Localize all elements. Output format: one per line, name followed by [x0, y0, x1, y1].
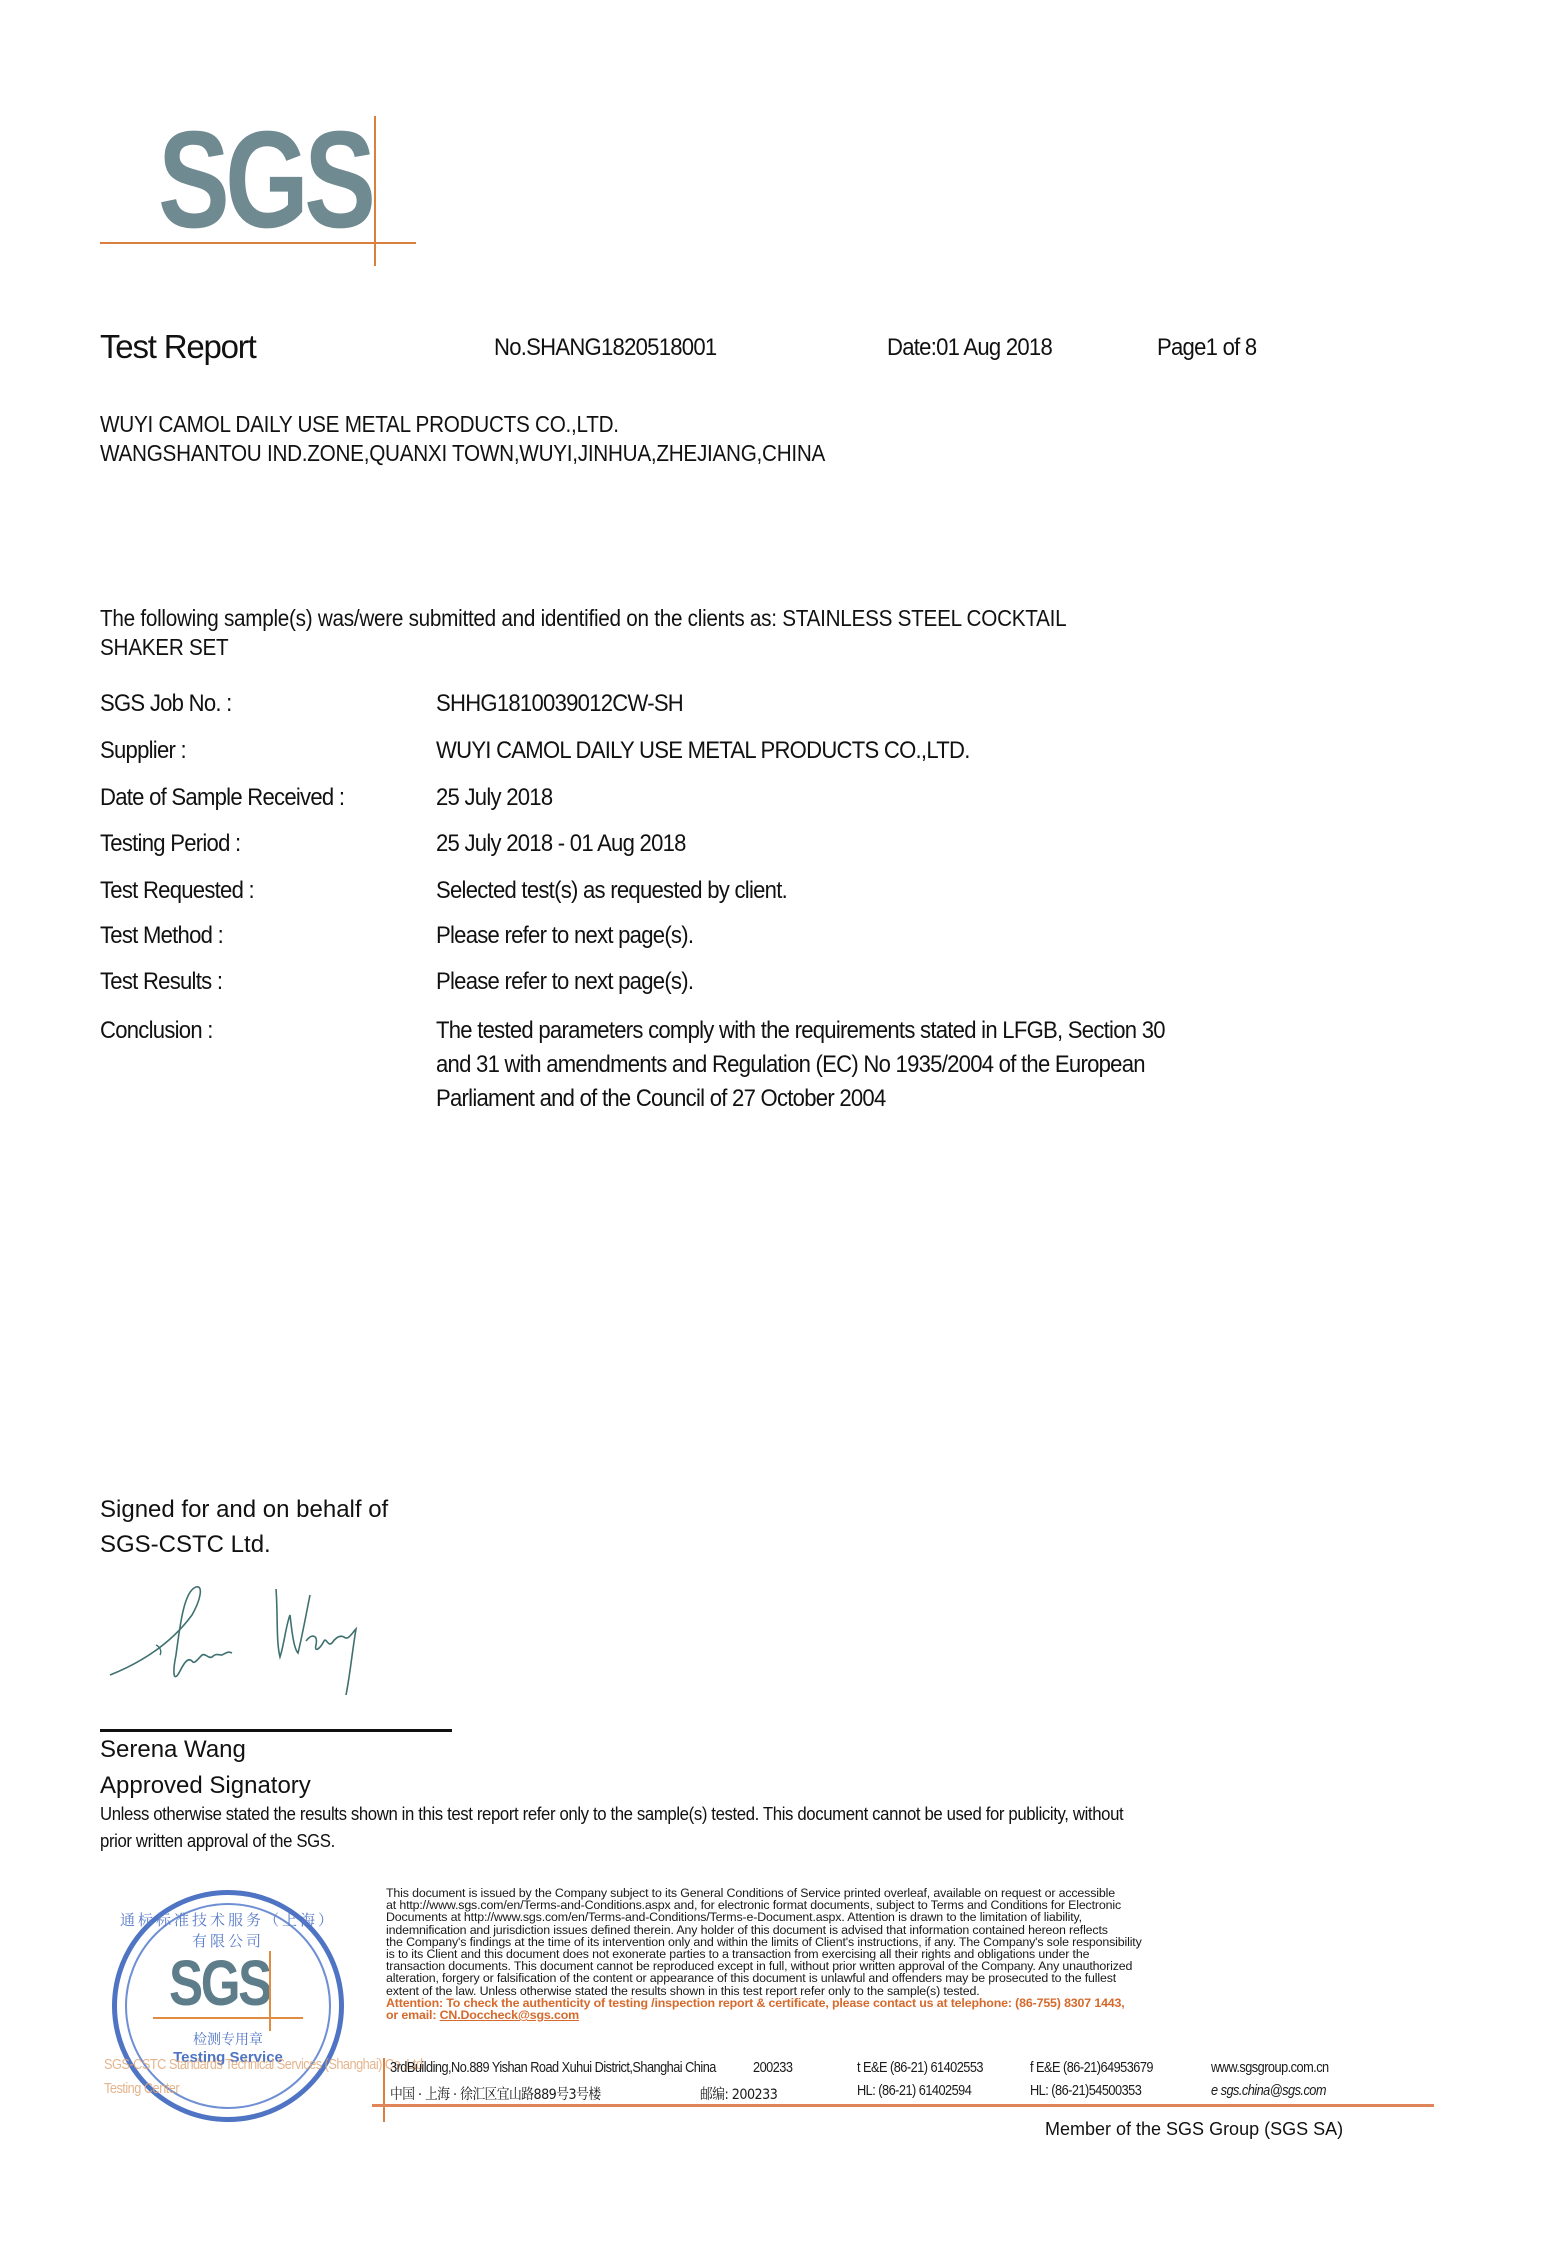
email-prefix: or email:	[386, 2008, 440, 2022]
client-address: WANGSHANTOU IND.ZONE,QUANXI TOWN,WUYI,JI…	[100, 440, 825, 467]
conclusion-line-3: Parliament and of the Council of 27 Octo…	[436, 1085, 886, 1113]
fine-print-line: indemnification and jurisdiction issues …	[386, 1924, 1361, 1936]
logo-horizontal-rule	[100, 242, 416, 244]
stamp-cn-label: 检测专用章	[117, 2029, 339, 2049]
sample-intro-line-2: SHAKER SET	[100, 634, 228, 661]
disclaimer-line-2: prior written approval of the SGS.	[100, 1831, 335, 1852]
logo-vertical-rule	[374, 116, 376, 266]
client-name: WUYI CAMOL DAILY USE METAL PRODUCTS CO.,…	[100, 411, 619, 438]
fine-print-line: extent of the law. Unless otherwise stat…	[386, 1985, 1361, 1997]
conclusion-line-2: and 31 with amendments and Regulation (E…	[436, 1051, 1145, 1079]
sgs-logo: SGS	[100, 110, 420, 270]
report-number: No.SHANG1820518001	[494, 334, 716, 362]
field-value-date-received: 25 July 2018	[436, 784, 552, 812]
footer-horizontal-rule	[372, 2104, 1434, 2107]
stamp-center-line: Testing Center	[104, 2080, 179, 2097]
field-label-test-requested: Test Requested :	[100, 877, 254, 905]
signature-line	[100, 1729, 452, 1732]
field-label-supplier: Supplier :	[100, 737, 186, 765]
fine-print-line: alteration, forgery or falsification of …	[386, 1972, 1361, 1984]
field-value-supplier: WUYI CAMOL DAILY USE METAL PRODUCTS CO.,…	[436, 737, 970, 765]
field-value-test-requested: Selected test(s) as requested by client.	[436, 877, 787, 905]
signing-company: SGS-CSTC Ltd.	[100, 1531, 271, 1559]
signatory-name: Serena Wang	[100, 1736, 246, 1764]
footer-email[interactable]: e sgs.china@sgs.com	[1211, 2083, 1326, 2099]
footer-hotline-1: HL: (86-21) 61402594	[857, 2083, 971, 2099]
field-label-testing-period: Testing Period :	[100, 830, 240, 858]
stamp-logo-vline	[269, 1951, 271, 2031]
field-value-job-no: SHHG1810039012CW-SH	[436, 690, 683, 718]
sample-intro-line-1: The following sample(s) was/were submitt…	[100, 605, 1066, 632]
footer-vertical-rule	[383, 2058, 385, 2122]
footer-fax: f E&E (86-21)64953679	[1030, 2060, 1153, 2076]
authenticity-email-row: or email: CN.Doccheck@sgs.com	[386, 2009, 1361, 2021]
stamp-logo-hline	[153, 2017, 303, 2019]
signed-for-label: Signed for and on behalf of	[100, 1496, 388, 1524]
field-label-job-no: SGS Job No. :	[100, 690, 232, 718]
sgs-logo-text: SGS	[158, 120, 371, 240]
field-label-test-method: Test Method :	[100, 922, 223, 950]
footer-address-cn: 中国 · 上海 · 徐汇区宜山路889号3号楼	[390, 2083, 601, 2104]
field-value-test-method: Please refer to next page(s).	[436, 922, 693, 950]
signatory-role: Approved Signatory	[100, 1772, 311, 1800]
stamp-ring-text: 通标标准技术服务（上海）有限公司	[117, 1909, 339, 1951]
footer-postcode-en: 200233	[753, 2060, 792, 2076]
handwritten-signature	[100, 1575, 420, 1715]
field-value-test-results: Please refer to next page(s).	[436, 968, 693, 996]
conclusion-line-1: The tested parameters comply with the re…	[436, 1017, 1165, 1045]
disclaimer-line-1: Unless otherwise stated the results show…	[100, 1804, 1123, 1825]
footer-website[interactable]: www.sgsgroup.com.cn	[1211, 2060, 1329, 2076]
page-indicator: Page1 of 8	[1157, 334, 1256, 362]
report-date: Date:01 Aug 2018	[887, 334, 1052, 362]
fine-print-line: Documents at http://www.sgs.com/en/Terms…	[386, 1911, 1361, 1923]
sgs-group-membership: Member of the SGS Group (SGS SA)	[1045, 2119, 1343, 2140]
terms-fine-print: This document is issued by the Company s…	[386, 1887, 1361, 2021]
document-title: Test Report	[100, 328, 256, 366]
footer-telephone: t E&E (86-21) 61402553	[857, 2060, 983, 2076]
footer-postcode-cn: 邮编: 200233	[700, 2083, 777, 2104]
field-value-testing-period: 25 July 2018 - 01 Aug 2018	[436, 830, 686, 858]
footer-hotline-2: HL: (86-21)54500353	[1030, 2083, 1141, 2099]
stamp-sgs-logo: SGS	[169, 1953, 270, 2013]
doccheck-email-link[interactable]: CN.Doccheck@sgs.com	[440, 2008, 579, 2022]
footer-address-en: 3rdBuilding,No.889 Yishan Road Xuhui Dis…	[390, 2060, 716, 2076]
field-label-test-results: Test Results :	[100, 968, 222, 996]
stamp-company-line: SGS-CSTC Standards Technical Services (S…	[104, 2056, 422, 2073]
field-label-date-received: Date of Sample Received :	[100, 784, 344, 812]
field-label-conclusion: Conclusion :	[100, 1017, 213, 1045]
